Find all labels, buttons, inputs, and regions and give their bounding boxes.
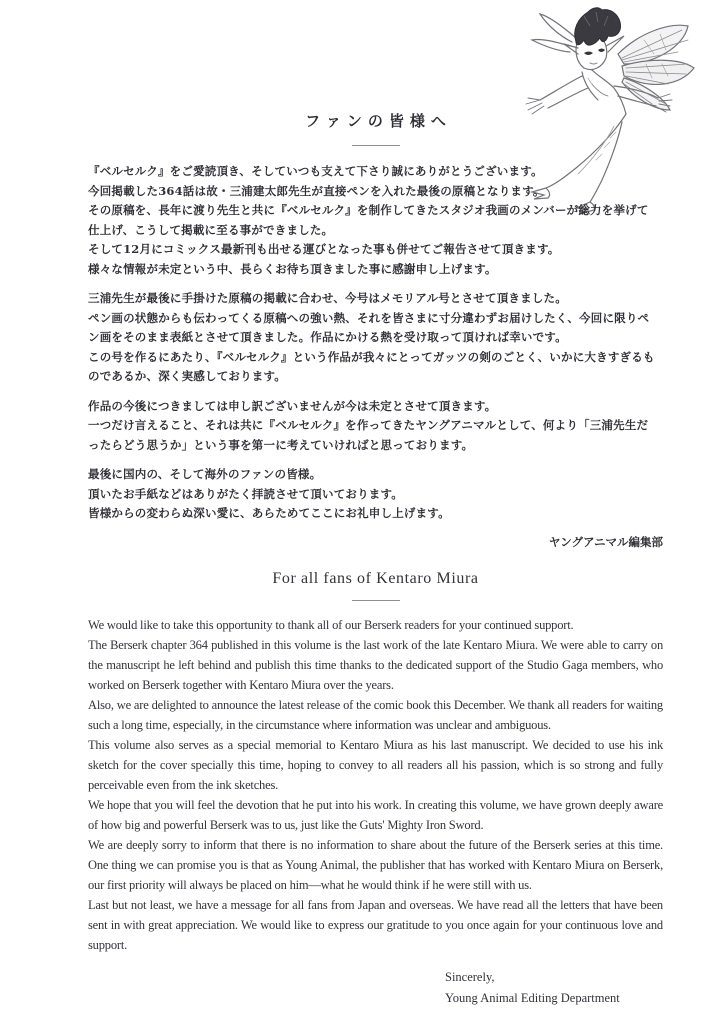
- signoff-department: Young Animal Editing Department: [445, 988, 663, 1009]
- letter-page: ファンの皆様へ 『ベルセルク』をご愛読頂き、そしていつも支えて下さり誠にありがと…: [0, 0, 728, 1027]
- jp-paragraph-3: 作品の今後につきましては申し訳ございませんが今は未定とさせて頂きます。 一つだけ…: [88, 397, 663, 456]
- en-paragraph-2: The Berserk chapter 364 published in thi…: [88, 635, 663, 695]
- jp-signature: ヤングアニマル編集部: [88, 534, 663, 550]
- en-paragraph-1: We would like to take this opportunity t…: [88, 615, 663, 635]
- jp-paragraph-2: 三浦先生が最後に手掛けた原稿の掲載に合わせ、今号はメモリアル号とさせて頂きました…: [88, 289, 663, 387]
- title-underline-jp: [352, 145, 400, 146]
- jp-paragraph-1: 『ベルセルク』をご愛読頂き、そしていつも支えて下さり誠にありがとうございます。 …: [88, 162, 663, 279]
- title-underline-en: [352, 600, 400, 601]
- signoff-sincerely: Sincerely,: [445, 967, 663, 988]
- en-paragraph-6: We are deeply sorry to inform that there…: [88, 835, 663, 895]
- en-paragraph-4: This volume also serves as a special mem…: [88, 735, 663, 795]
- jp-paragraph-4: 最後に国内の、そして海外のファンの皆様。 頂いたお手紙などはありがたく拝読させて…: [88, 465, 663, 524]
- en-paragraph-7: Last but not least, we have a message fo…: [88, 895, 663, 955]
- signoff-block: Sincerely, Young Animal Editing Departme…: [445, 967, 663, 1009]
- en-paragraph-3: Also, we are delighted to announce the l…: [88, 695, 663, 735]
- en-paragraph-5: We hope that you will feel the devotion …: [88, 795, 663, 835]
- page-title-jp: ファンの皆様へ: [88, 0, 663, 131]
- page-title-en: For all fans of Kentaro Miura: [88, 570, 663, 588]
